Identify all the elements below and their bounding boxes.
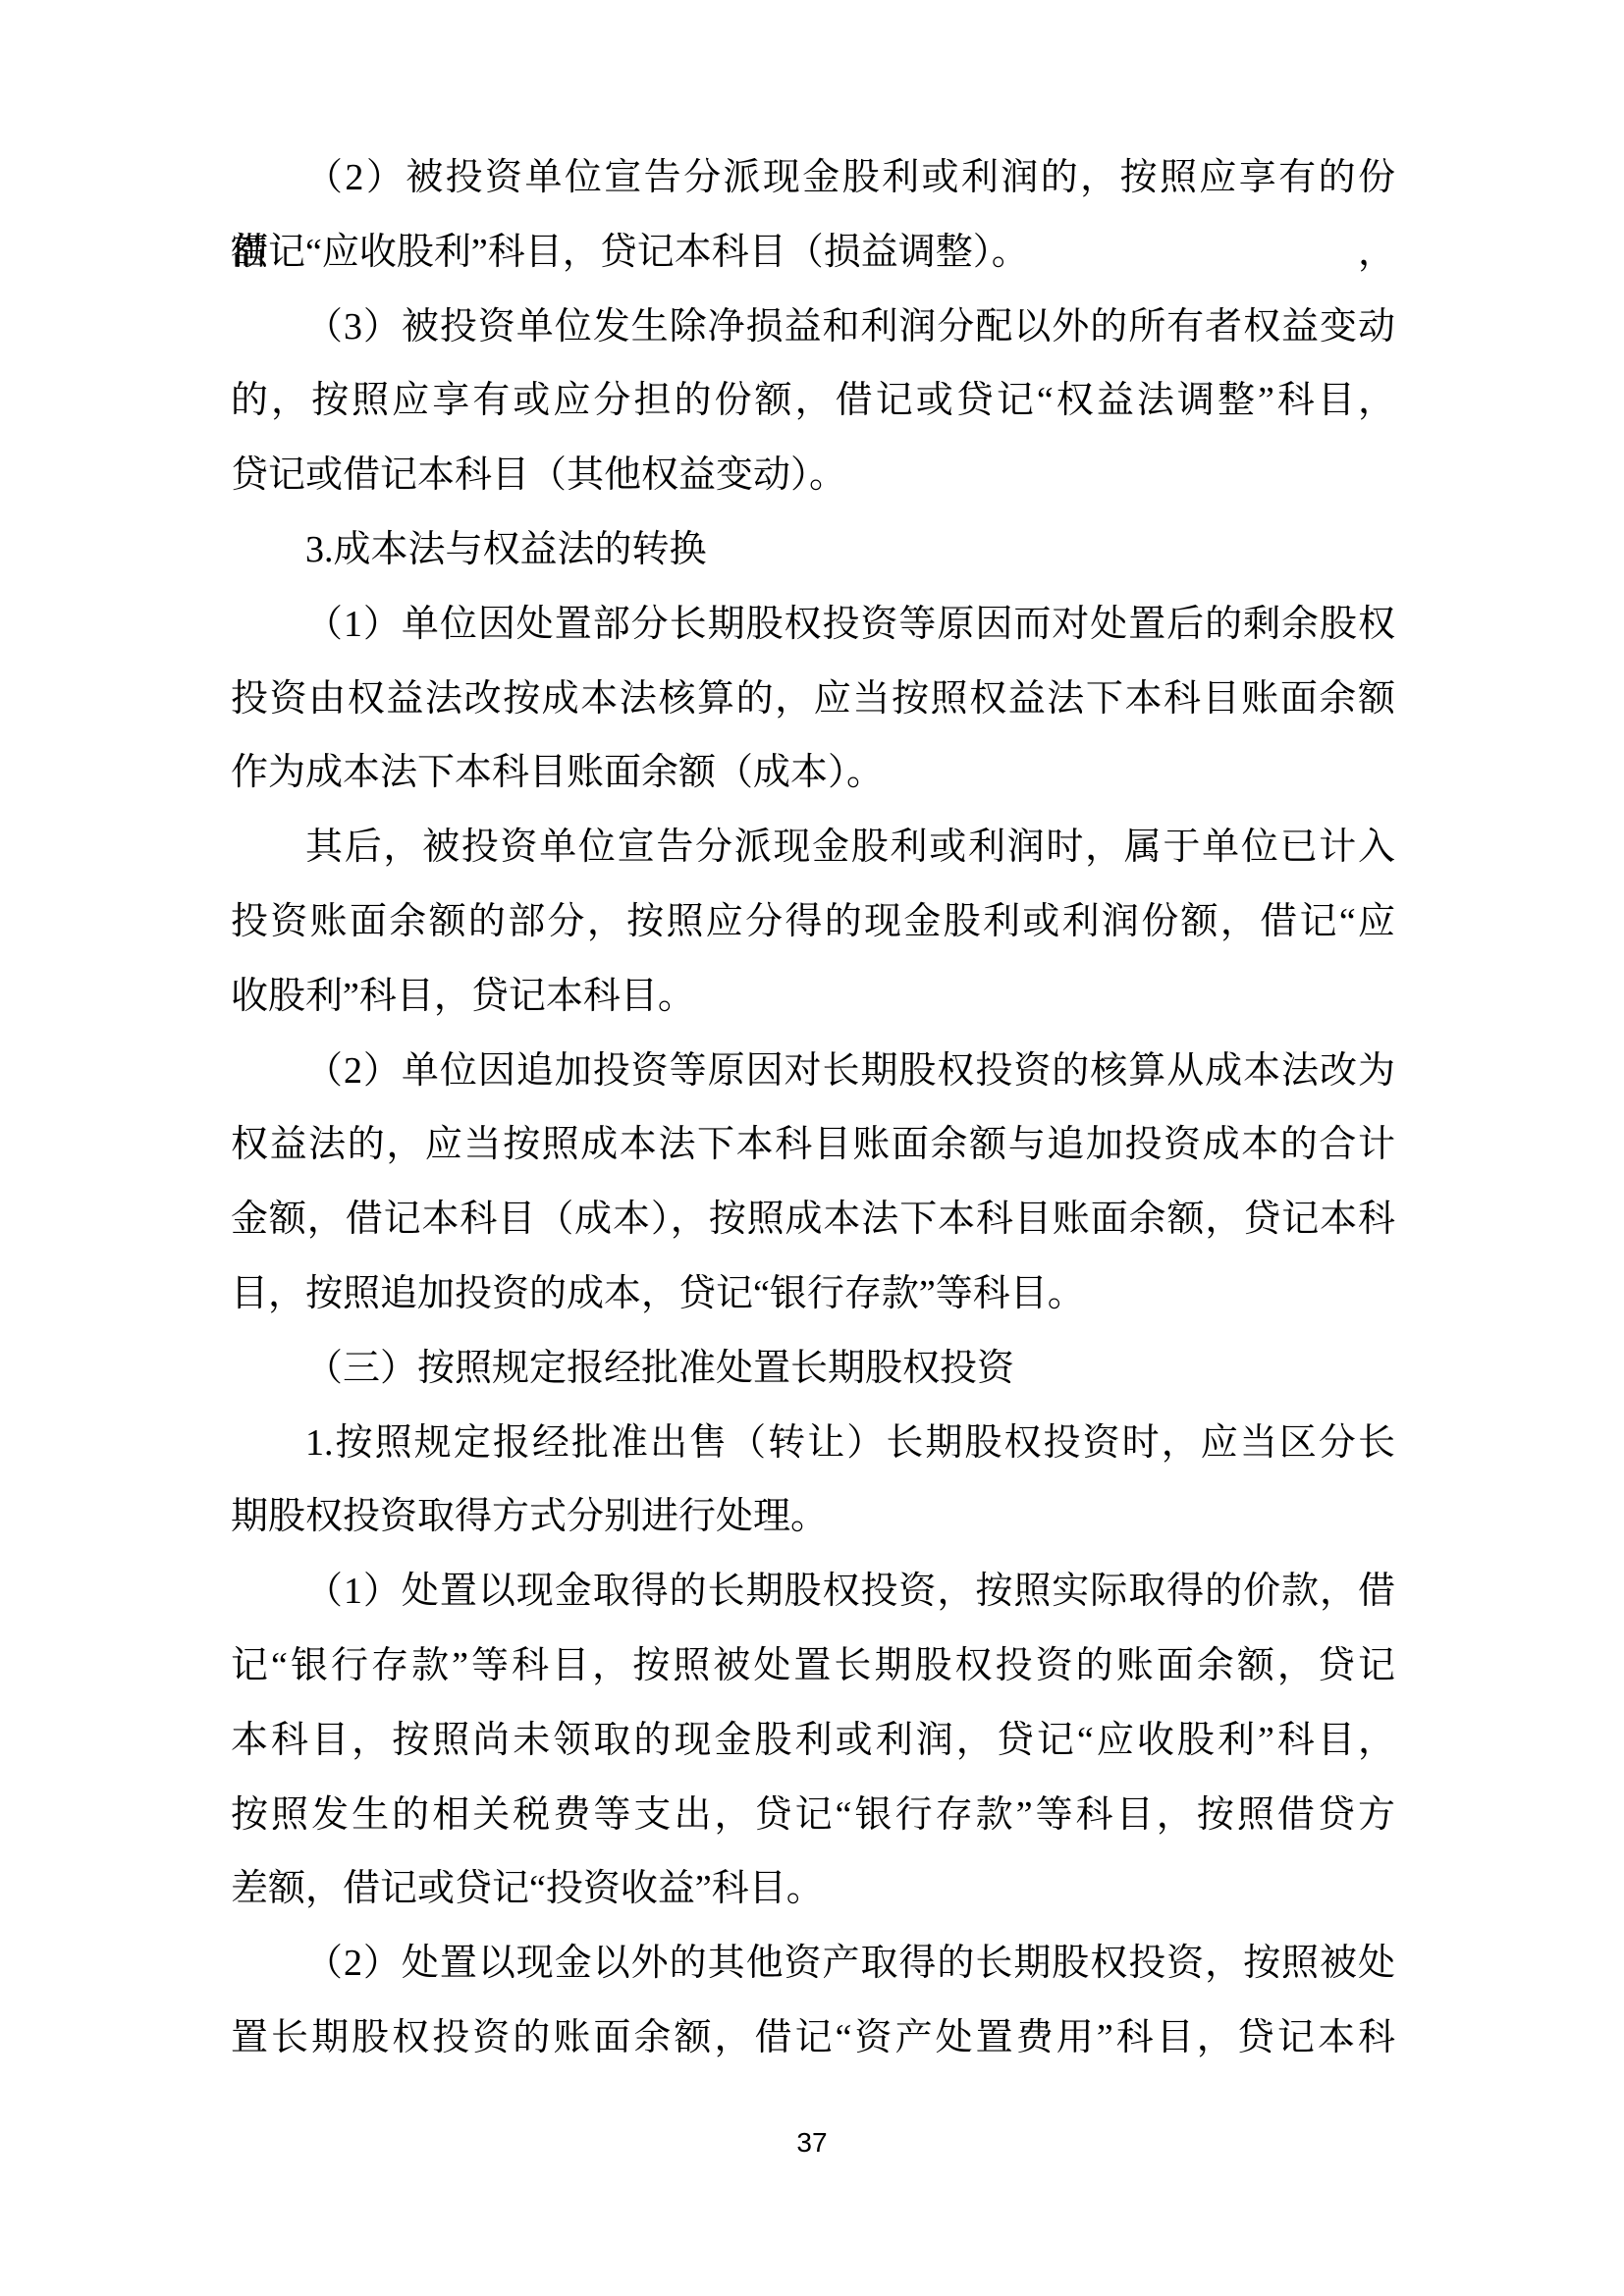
text-line: 按照发生的相关税费等支出，贷记“银行存款”等科目，按照借贷方 [231,1779,1395,1853]
text-line: （2）被投资单位宣告分派现金股利或利润的，按照应享有的份额， [231,141,1395,216]
text-line: （1）单位因处置部分长期股权投资等原因而对处置后的剩余股权 [231,588,1395,663]
text-line: 投资账面余额的部分，按照应分得的现金股利或利润份额，借记“应 [231,885,1395,960]
text-line: 差额，借记或贷记“投资收益”科目。 [231,1852,1395,1927]
text-line: 1.按照规定报经批准出售（转让）长期股权投资时，应当区分长 [231,1407,1395,1481]
body-text: （2）被投资单位宣告分派现金股利或利润的，按照应享有的份额，借记“应收股利”科目… [231,141,1395,2076]
text-line: 期股权投资取得方式分别进行处理。 [231,1480,1395,1555]
text-line: （三）按照规定报经批准处置长期股权投资 [231,1332,1395,1407]
text-line: 收股利”科目，贷记本科目。 [231,960,1395,1035]
text-line: 作为成本法下本科目账面余额（成本）。 [231,736,1395,811]
page-number: 37 [0,2126,1624,2160]
text-line: （2）单位因追加投资等原因对长期股权投资的核算从成本法改为 [231,1035,1395,1109]
text-line: 记“银行存款”等科目，按照被处置长期股权投资的账面余额，贷记 [231,1629,1395,1704]
text-line: 贷记或借记本科目（其他权益变动）。 [231,439,1395,513]
text-line: 权益法的，应当按照成本法下本科目账面余额与追加投资成本的合计 [231,1108,1395,1183]
document-page: （2）被投资单位宣告分派现金股利或利润的，按照应享有的份额，借记“应收股利”科目… [0,0,1624,2296]
text-line: 的，按照应享有或应分担的份额，借记或贷记“权益法调整”科目， [231,364,1395,439]
text-line: （3）被投资单位发生除净损益和利润分配以外的所有者权益变动 [231,291,1395,365]
text-line: （2）处置以现金以外的其他资产取得的长期股权投资，按照被处 [231,1927,1395,2002]
text-line: 目，按照追加投资的成本，贷记“银行存款”等科目。 [231,1257,1395,1332]
text-line: 金额，借记本科目（成本），按照成本法下本科目账面余额，贷记本科 [231,1183,1395,1257]
text-line: 3.成本法与权益法的转换 [231,513,1395,588]
text-line: 置长期股权投资的账面余额，借记“资产处置费用”科目，贷记本科 [231,2002,1395,2076]
text-line: 其后，被投资单位宣告分派现金股利或利润时，属于单位已计入 [231,811,1395,885]
text-line: 投资由权益法改按成本法核算的，应当按照权益法下本科目账面余额 [231,663,1395,737]
text-line: （1）处置以现金取得的长期股权投资，按照实际取得的价款，借 [231,1555,1395,1629]
text-line: 本科目，按照尚未领取的现金股利或利润，贷记“应收股利”科目， [231,1704,1395,1779]
